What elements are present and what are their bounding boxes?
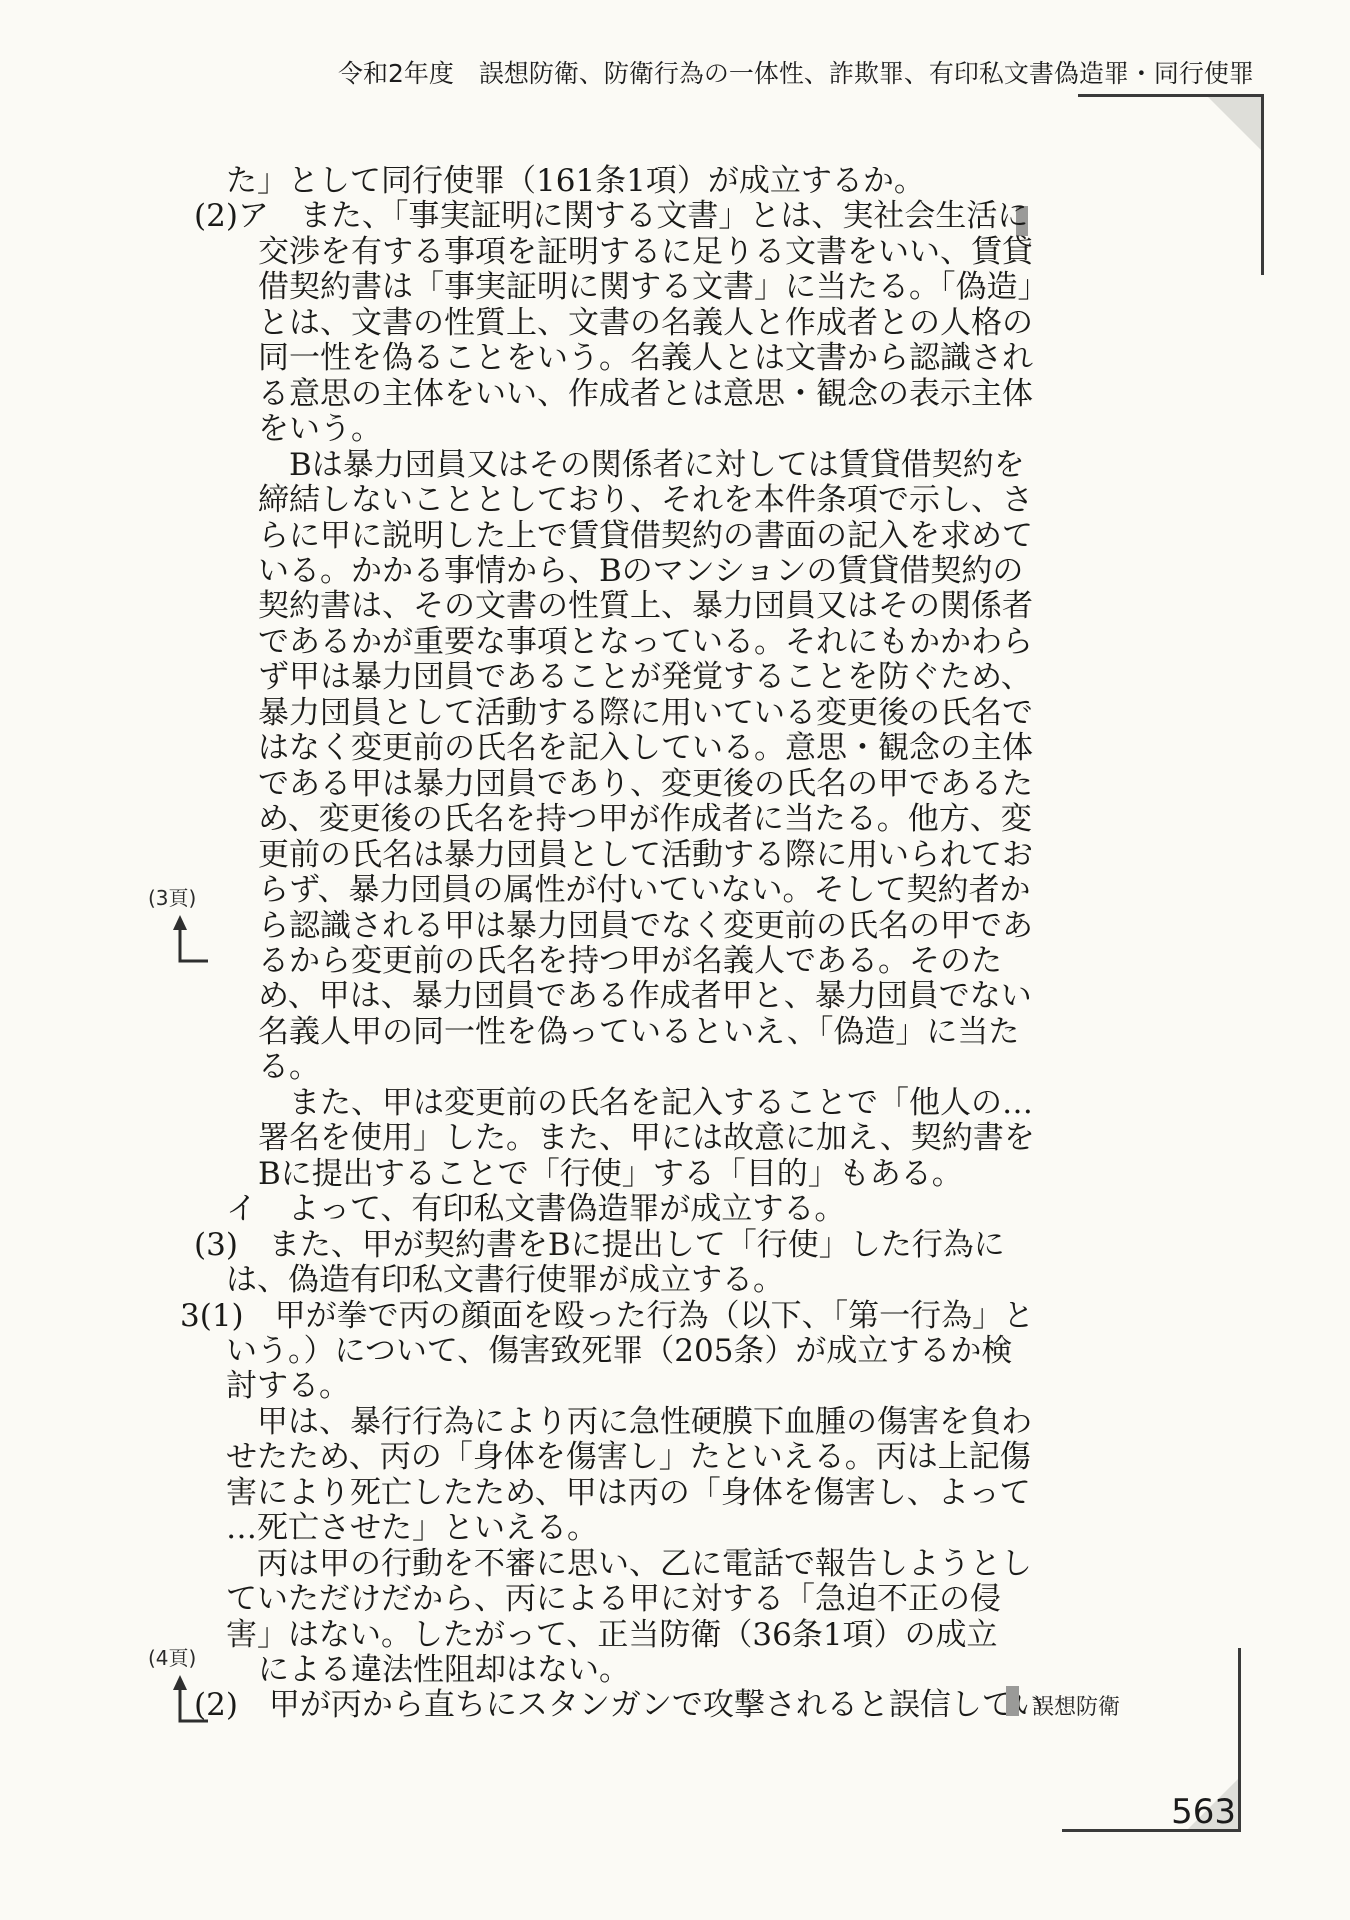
text-line: る。 — [180, 1050, 1080, 1085]
text-line: による違法性阻却はない。 — [180, 1653, 1080, 1688]
text-line: Bは暴力団員又はその関係者に対しては賃貸借契約を — [180, 448, 1080, 483]
text-line: (2) 甲が丙から直ちにスタンガンで攻撃されると誤信してい — [180, 1688, 1080, 1723]
text-line: らに甲に説明した上で賃貸借契約の書面の記入を求めて — [180, 519, 1080, 554]
text-line: 3(1) 甲が拳で丙の顔面を殴った行為（以下、「第一行為」と — [180, 1299, 1080, 1334]
text-line: 締結しないこととしており、それを本件条項で示し、さ — [180, 483, 1080, 518]
text-line: め、甲は、暴力団員である作成者甲と、暴力団員でない — [180, 979, 1080, 1014]
text-line: (3) また、甲が契約書をBに提出して「行使」した行為に — [180, 1228, 1080, 1263]
text-line: る意思の主体をいい、作成者とは意思・観念の表示主体 — [180, 377, 1080, 412]
text-line: 名義人甲の同一性を偽っているといえ、「偽造」に当た — [180, 1015, 1080, 1050]
text-line: 害により死亡したため、甲は丙の「身体を傷害し、よって — [180, 1476, 1080, 1511]
text-line: である甲は暴力団員であり、変更後の氏名の甲であるた — [180, 767, 1080, 802]
text-line: ず甲は暴力団員であることが発覚することを防ぐため、 — [180, 660, 1080, 695]
page-number: 563 — [1136, 1792, 1236, 1832]
answer-text-column: た」として同行使罪（161条1項）が成立するか。(2)ア また、「事実証明に関す… — [180, 164, 1080, 1724]
text-line: いる。かかる事情から、Bのマンションの賃貸借契約の — [180, 554, 1080, 589]
text-line: また、甲は変更前の氏名を記入することで「他人の… — [180, 1086, 1080, 1121]
text-line: いう。）について、傷害致死罪（205条）が成立するか検 — [180, 1334, 1080, 1369]
text-line: ていただけだから、丙による甲に対する「急迫不正の侵 — [180, 1582, 1080, 1617]
text-line: 借契約書は「事実証明に関する文書」に当たる。「偽造」 — [180, 270, 1080, 305]
corner-fold-top-right — [1208, 97, 1261, 150]
text-line: 更前の氏名は暴力団員として活動する際に用いられてお — [180, 838, 1080, 873]
text-line: であるかが重要な事項となっている。それにもかかわら — [180, 625, 1080, 660]
text-line: Bに提出することで「行使」する「目的」もある。 — [180, 1157, 1080, 1192]
text-line: 暴力団員として活動する際に用いている変更後の氏名で — [180, 696, 1080, 731]
text-line: 丙は甲の行動を不審に思い、乙に電話で報告しようとし — [180, 1547, 1080, 1582]
text-line: らず、暴力団員の属性が付いていない。そして契約者か — [180, 873, 1080, 908]
text-line: るから変更前の氏名を持つ甲が名義人である。そのた — [180, 944, 1080, 979]
text-line: 甲は、暴行行為により丙に急性硬膜下血腫の傷害を負わ — [180, 1405, 1080, 1440]
text-line: 害」はない。したがって、正当防衛（36条1項）の成立 — [180, 1618, 1080, 1653]
page-border-bottom-right — [1238, 1648, 1241, 1832]
text-line: イ よって、有印私文書偽造罪が成立する。 — [180, 1192, 1080, 1227]
text-line: は、偽造有印私文書行使罪が成立する。 — [180, 1263, 1080, 1298]
text-line: 交渉を有する事項を証明するに足りる文書をいい、賃貸 — [180, 235, 1080, 270]
page-break-arrow-icon — [160, 913, 216, 971]
text-line: 署名を使用」した。また、甲には故意に加え、契約書を — [180, 1121, 1080, 1156]
book-page: 令和2年度 誤想防衛、防衛行為の一体性、詐欺罪、有印私文書偽造罪・同行使罪 た」… — [0, 0, 1350, 1920]
running-header: 令和2年度 誤想防衛、防衛行為の一体性、詐欺罪、有印私文書偽造罪・同行使罪 — [338, 54, 1254, 90]
text-line: ら認識される甲は暴力団員でなく変更前の氏名の甲であ — [180, 909, 1080, 944]
text-line: はなく変更前の氏名を記入している。意思・観念の主体 — [180, 731, 1080, 766]
page-break-arrow-icon — [160, 1673, 216, 1731]
margin-note-label: (3頁) — [148, 886, 196, 910]
text-line: た」として同行使罪（161条1項）が成立するか。 — [180, 164, 1080, 199]
text-line: をいう。 — [180, 412, 1080, 447]
text-line: 契約書は、その文書の性質上、暴力団員又はその関係者 — [180, 589, 1080, 624]
margin-note-label: (4頁) — [148, 1646, 196, 1670]
text-line: め、変更後の氏名を持つ甲が作成者に当たる。他方、変 — [180, 802, 1080, 837]
text-line: 討する。 — [180, 1369, 1080, 1404]
margin-note-page3: (3頁) — [148, 882, 218, 971]
text-line: とは、文書の性質上、文書の名義人と作成者との人格の — [180, 306, 1080, 341]
index-tab-marker-bottom — [1006, 1686, 1019, 1716]
text-line: 同一性を偽ることをいう。名義人とは文書から認識され — [180, 341, 1080, 376]
text-line: せたため、丙の「身体を傷害し」たといえる。丙は上記傷 — [180, 1440, 1080, 1475]
answer-text-lines: た」として同行使罪（161条1項）が成立するか。(2)ア また、「事実証明に関す… — [180, 164, 1080, 1724]
text-line: …死亡させた」といえる。 — [180, 1511, 1080, 1546]
margin-note-page4: (4頁) — [148, 1642, 218, 1731]
page-border-top-right — [1261, 94, 1264, 275]
text-line: (2)ア また、「事実証明に関する文書」とは、実社会生活に — [180, 199, 1080, 234]
index-tab-label: 誤想防衛 — [1032, 1690, 1120, 1721]
